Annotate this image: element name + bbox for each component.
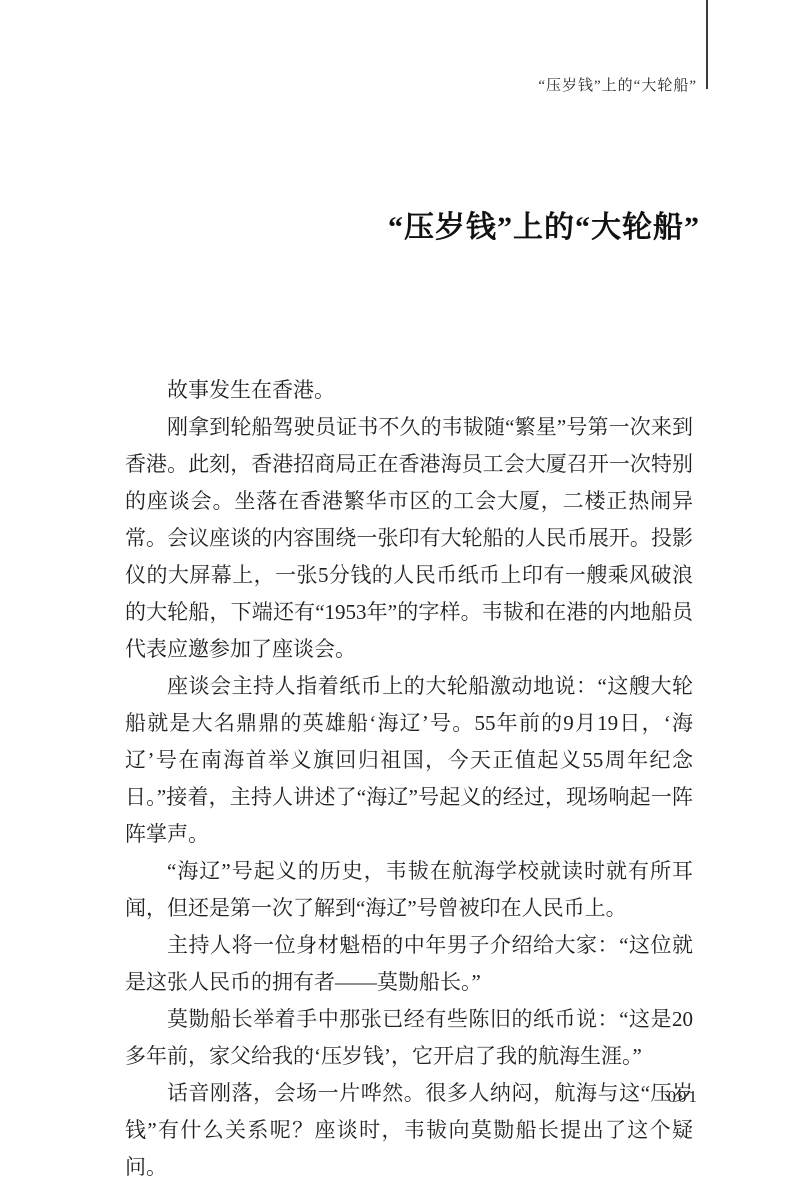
running-header: “压岁钱”上的“大轮船” [538,74,697,95]
paragraph: “海辽”号起义的历史，韦韨在航海学校就读时就有所耳闻，但还是第一次了解到“海辽”… [125,853,693,927]
chapter-title: “压岁钱”上的“大轮船” [388,202,700,246]
page-number: 001 [668,1087,700,1107]
paragraph: 主持人将一位身材魁梧的中年男子介绍给大家：“这位就是这张人民币的拥有者——莫勚船… [125,927,693,1001]
book-page: “压岁钱”上的“大轮船” “压岁钱”上的“大轮船” 故事发生在香港。 刚拿到轮船… [0,0,799,1178]
paragraph: 莫勚船长举着手中那张已经有些陈旧的纸币说：“这是20多年前，家父给我的‘压岁钱’… [125,1001,693,1075]
paragraph: 座谈会主持人指着纸币上的大轮船激动地说：“这艘大轮船就是大名鼎鼎的英雄船‘海辽’… [125,668,693,853]
paragraph: 刚拿到轮船驾驶员证书不久的韦韨随“繁星”号第一次来到香港。此刻，香港招商局正在香… [125,409,693,668]
header-rule [706,0,708,89]
paragraph: 故事发生在香港。 [125,372,693,409]
paragraph: 话音刚落，会场一片哗然。很多人纳闷，航海与这“压岁钱”有什么关系呢？座谈时，韦韨… [125,1075,693,1178]
body-text: 故事发生在香港。 刚拿到轮船驾驶员证书不久的韦韨随“繁星”号第一次来到香港。此刻… [125,372,693,1178]
